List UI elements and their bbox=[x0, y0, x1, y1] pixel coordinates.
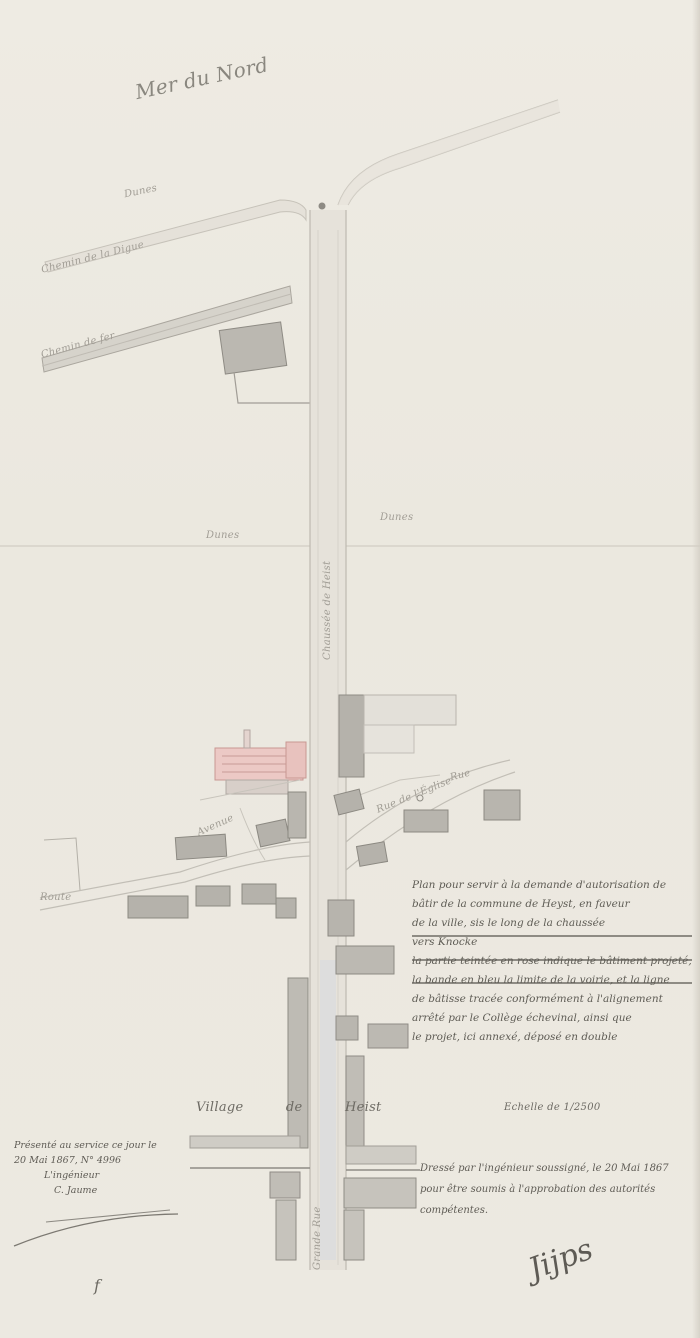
scale-label: Echelle de 1/2500 bbox=[504, 1102, 601, 1113]
label-dunes-left: Dunes bbox=[206, 530, 239, 541]
legend-line: de bâtisse tracée conformément à l'align… bbox=[412, 990, 696, 1009]
label-main-road: Chaussée de Heist bbox=[322, 561, 333, 660]
legend-line: Plan pour servir à la demande d'autorisa… bbox=[412, 876, 696, 895]
junction-marker bbox=[319, 203, 326, 210]
label-far-left-road: Route bbox=[40, 892, 71, 903]
label-village: Village de Heist bbox=[196, 1100, 382, 1115]
legend-line: arrêté par le Collège échevinal, ainsi q… bbox=[412, 1009, 696, 1028]
map-sheet: Mer du Nord Dunes Chemin de la Digue Che… bbox=[0, 0, 700, 1338]
legend-line: vers Knocke bbox=[412, 933, 696, 952]
legend-line: de la ville, sis le long de la chaussée bbox=[412, 914, 696, 933]
certification-line: pour être soumis à l'approbation des aut… bbox=[420, 1179, 696, 1200]
projected-building-pink bbox=[215, 730, 306, 780]
registration-note: Présenté au service ce jour le 20 Mai 18… bbox=[14, 1138, 194, 1198]
registration-line: 20 Mai 1867, N° 4996 bbox=[14, 1153, 194, 1168]
certification-line: compétentes. bbox=[420, 1200, 696, 1221]
legend-line: bâtir de la commune de Heyst, en faveur bbox=[412, 895, 696, 914]
registration-line: L'ingénieur bbox=[14, 1168, 194, 1183]
legend-line: la bande en bleu la limite de la voirie,… bbox=[412, 971, 696, 990]
certification-text: Dressé par l'ingénieur soussigné, le 20 … bbox=[420, 1158, 696, 1221]
label-dunes-right: Dunes bbox=[380, 512, 413, 523]
certification-line: Dressé par l'ingénieur soussigné, le 20 … bbox=[420, 1158, 696, 1179]
page-mark: f bbox=[94, 1276, 100, 1295]
label-lower-main-road: Grande Rue bbox=[312, 1206, 323, 1270]
registration-line: C. Jaume bbox=[14, 1183, 194, 1198]
legend-description: Plan pour servir à la demande d'autorisa… bbox=[412, 876, 696, 1047]
legend-line: le projet, ici annexé, déposé en double bbox=[412, 1028, 696, 1047]
legend-line: la partie teintée en rose indique le bât… bbox=[412, 952, 696, 971]
registration-line: Présenté au service ce jour le bbox=[14, 1138, 194, 1153]
